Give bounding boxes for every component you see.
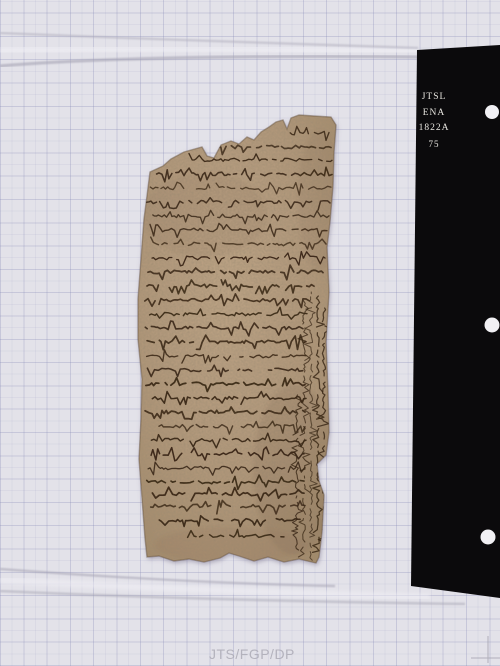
watermark: JTS/FGP/DP (209, 646, 295, 662)
hole-punch (485, 318, 500, 333)
hole-punch (481, 530, 496, 545)
shelfmark-line-series: 1822A (410, 121, 458, 137)
glass-plate-edge-bottom (0, 569, 465, 604)
hole-punch (485, 105, 499, 119)
shelfmark-label: JTSL ENA 1822A 75 (410, 90, 458, 152)
registration-cross-mark (471, 636, 500, 663)
genizah-fragment-photo: JTSL ENA 1822A 75 JTS/FGP/DP (0, 0, 500, 666)
shelfmark-line-number: 75 (410, 137, 458, 153)
parchment-texture (130, 110, 345, 570)
shelfmark-line-collection: ENA (410, 106, 458, 122)
glass-plate-edge-top (0, 33, 418, 66)
shelfmark-line-institution: JTSL (410, 90, 458, 106)
manuscript-fragment (130, 110, 345, 570)
